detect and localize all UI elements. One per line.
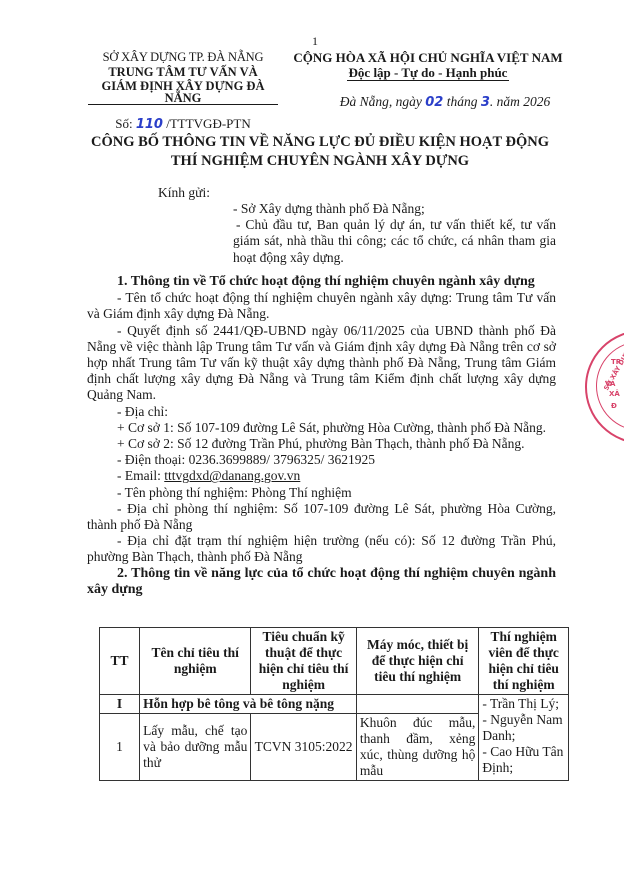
national-header: CỘNG HÒA XÃ HỘI CHỦ NGHĨA VIỆT NAM Độc l… [288, 50, 568, 110]
col-header-tt: TT [100, 628, 140, 695]
row-tt: 1 [100, 714, 140, 781]
handwritten-month: 3 [481, 95, 490, 110]
agency-name-line1: TRUNG TÂM TƯ VẤN VÀ [88, 65, 278, 80]
email-link[interactable]: tttvgdxd@danang.gov.vn [164, 468, 300, 483]
section1-heading: 1. Thông tin về Tổ chức hoạt động thí ng… [87, 274, 556, 290]
page-number: 1 [312, 34, 318, 49]
staff-cell: - Trần Thị Lý; - Nguyễn Nam Danh; - Cao … [479, 695, 569, 781]
address-site-2: + Cơ sở 2: Số 12 đường Trần Phú, phường … [87, 436, 556, 452]
recipient-item: - Chủ đầu tư, Ban quản lý dự án, tư vấn … [233, 217, 556, 266]
recipients-label: Kính gửi: [158, 185, 210, 201]
staff-member: - Trần Thị Lý; [482, 696, 565, 712]
staff-member: - Nguyễn Nam Danh; [482, 712, 565, 744]
agency-name-line2: GIÁM ĐỊNH XÂY DỰNG ĐÀ NẴNG [88, 80, 278, 105]
section2-heading: 2. Thông tin về năng lực của tổ chức hoạ… [87, 566, 556, 598]
handwritten-doc-number: 110 [136, 117, 163, 132]
document-number: Số: 110 /TTTVGĐ-PTN [88, 116, 278, 132]
document-date: Đà Nẵng, ngày 02 tháng 3. năm 2026 [288, 94, 568, 110]
establishment-decision: - Quyết định số 2441/QĐ-UBND ngày 06/11/… [87, 323, 556, 404]
address-label: - Địa chỉ: [87, 404, 556, 420]
row-equipment: Khuôn đúc mẫu, thanh đầm, xẻng xúc, thùn… [356, 714, 479, 781]
recipients-list: - Sở Xây dựng thành phố Đà Nẵng; - Chủ đ… [233, 201, 556, 266]
col-header-test-name: Tên chỉ tiêu thí nghiệm [140, 628, 251, 695]
field-station-address: - Địa chỉ đặt trạm thí nghiệm hiện trườn… [87, 533, 556, 565]
capability-table: TT Tên chỉ tiêu thí nghiệm Tiêu chuẩn kỹ… [99, 627, 569, 781]
row-test-name: Lấy mẫu, chế tạo và bảo dưỡng mẫu thử [140, 714, 251, 781]
table-group-row: I Hỗn hợp bê tông và bê tông nặng - Trần… [100, 695, 569, 714]
handwritten-day: 02 [425, 95, 443, 110]
official-seal-stamp: SỞ XÂY DỰNG TR VÀ XÂ Đ [585, 330, 624, 444]
parent-agency: SỞ XÂY DỰNG TP. ĐÀ NẴNG [88, 50, 278, 65]
group-tt: I [100, 695, 140, 714]
lab-name: - Tên phòng thí nghiệm: Phòng Thí nghiệm [87, 485, 556, 501]
recipient-item: - Sở Xây dựng thành phố Đà Nẵng; [233, 201, 556, 217]
document-title: CÔNG BỐ THÔNG TIN VỀ NĂNG LỰC ĐỦ ĐIỀU KI… [80, 133, 560, 171]
staff-member: - Cao Hữu Tân Định; [482, 744, 565, 776]
row-standard: TCVN 3105:2022 [251, 714, 357, 781]
lab-address: - Địa chỉ phòng thí nghiệm: Số 107-109 đ… [87, 501, 556, 533]
col-header-equipment: Máy móc, thiết bị để thực hiện chỉ tiêu … [356, 628, 479, 695]
national-motto: Độc lập - Tự do - Hạnh phúc [347, 65, 510, 81]
col-header-standard: Tiêu chuẩn kỹ thuật để thực hiện chỉ tiê… [251, 628, 357, 695]
phone: - Điện thoại: 0236.3699889/ 3796325/ 362… [87, 452, 556, 468]
email-line: - Email: tttvgdxd@danang.gov.vn [87, 468, 556, 484]
table-header-row: TT Tên chỉ tiêu thí nghiệm Tiêu chuẩn kỹ… [100, 628, 569, 695]
group-name: Hỗn hợp bê tông và bê tông nặng [140, 695, 357, 714]
col-header-staff: Thí nghiệm viên để thực hiện chỉ tiêu th… [479, 628, 569, 695]
document-body: 1. Thông tin về Tổ chức hoạt động thí ng… [87, 274, 556, 598]
address-site-1: + Cơ sở 1: Số 107-109 đường Lê Sát, phườ… [87, 420, 556, 436]
issuing-agency-header: SỞ XÂY DỰNG TP. ĐÀ NẴNG TRUNG TÂM TƯ VẤN… [88, 50, 278, 132]
org-name: - Tên tổ chức hoạt động thí nghiệm chuyê… [87, 290, 556, 322]
national-title: CỘNG HÒA XÃ HỘI CHỦ NGHĨA VIỆT NAM [288, 50, 568, 65]
